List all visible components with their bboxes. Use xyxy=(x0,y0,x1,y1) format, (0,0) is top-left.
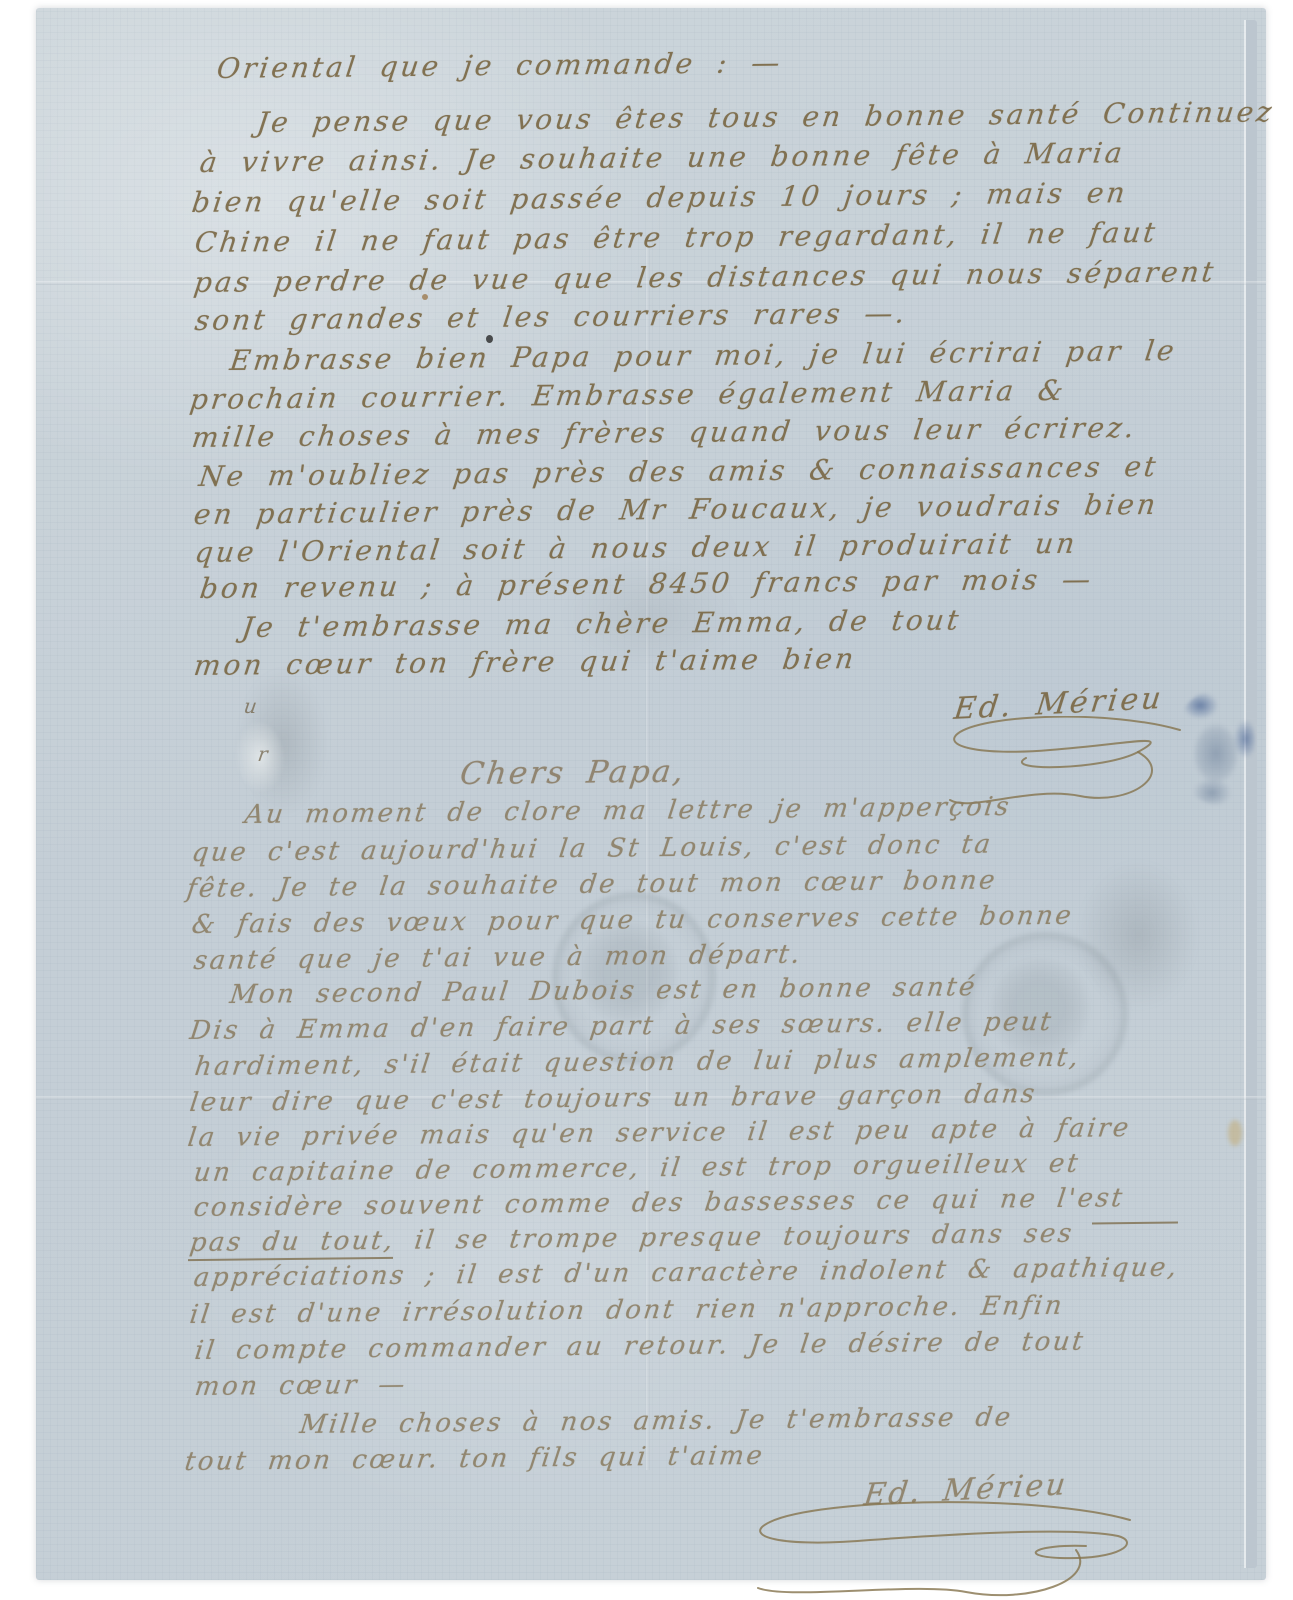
letter-line: tout mon cœur. ton fils qui t'aime xyxy=(183,1441,766,1477)
letter-line: mon cœur — xyxy=(193,1370,409,1402)
signature-flourish xyxy=(730,1498,1150,1600)
section-heading: Chers Papa, xyxy=(458,754,688,792)
stain-speck xyxy=(1228,1120,1242,1146)
letter-line: santé que je t'ai vue à mon départ. xyxy=(192,940,804,976)
underlying-sheet-edge xyxy=(1244,20,1257,1568)
letter-line: mon cœur ton frère qui t'aime bien xyxy=(192,642,858,682)
letter-line: Oriental que je commande : — xyxy=(215,46,785,85)
letter-scan: { "page": { "background_color": "#ffffff… xyxy=(0,0,1293,1600)
ink-smudge xyxy=(1078,860,1198,1010)
